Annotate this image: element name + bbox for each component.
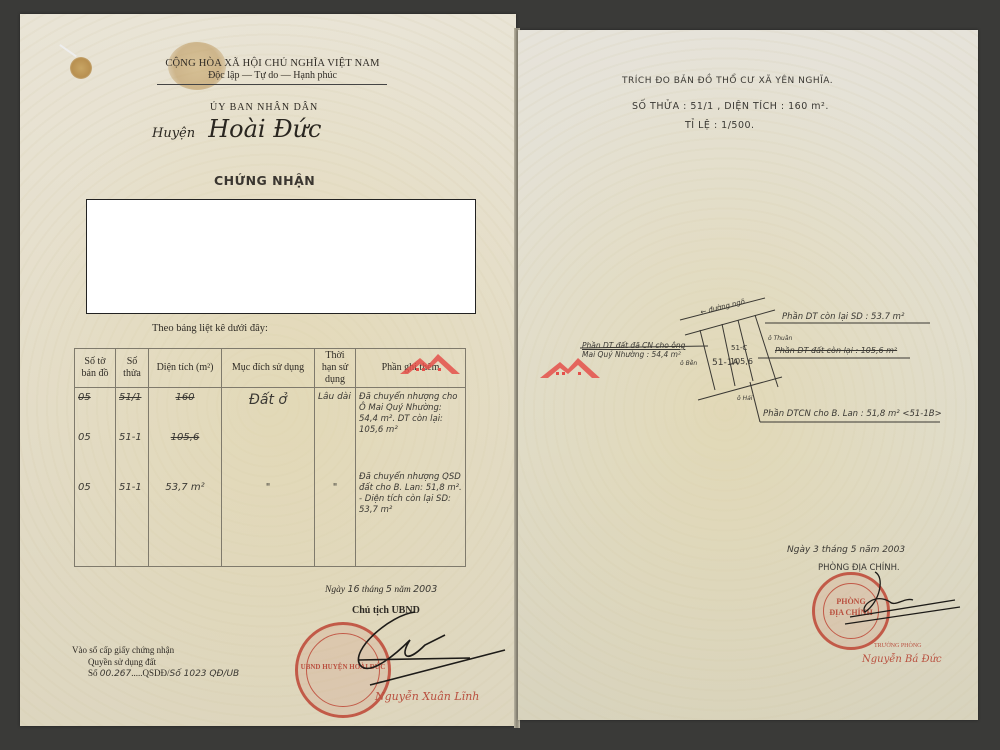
cell-term: Lâu dài (315, 388, 356, 429)
lan-portion-label: Phần DTCN cho B. Lan : 51,8 m² <51-1B> (763, 409, 942, 419)
cell-purpose: " (222, 468, 315, 518)
table-row: 05 51/1 160 Đất ở Lâu dài Đã chuyển nhượ… (75, 388, 466, 429)
signer-name-right: Nguyễn Bá Đức (862, 654, 942, 665)
old-remaining-area-label: Phần DT đất còn lại : 105,6 m² (775, 346, 897, 355)
national-motto-line2: Độc lập — Tự do — Hạnh phúc (155, 70, 390, 81)
parcel-c-area: 105,6 (730, 357, 753, 366)
house-logo-icon (540, 356, 600, 380)
survey-date: Ngày 3 tháng 5 năm 2003 (787, 545, 905, 555)
neighbor-right: ô Thuần (768, 335, 792, 342)
parcel-info: SỐ THỬA : 51/1 , DIỆN TÍCH : 160 m². (632, 101, 829, 112)
col-parcel: Số thửa (116, 349, 149, 388)
cell-map-sheet: 05 (75, 468, 116, 518)
cell-area: 53,7 m² (149, 468, 222, 518)
date-year: 2003 (413, 584, 437, 595)
redacted-owner-block (86, 199, 476, 314)
map-scale: TỈ LỆ : 1/500. (685, 120, 755, 131)
issuer-district: Huyện Hoài Đức (152, 115, 321, 143)
cell-parcel: 51-1 (116, 428, 149, 468)
col-term: Thời hạn sử dụng (315, 349, 356, 388)
table-row: 05 51-1 53,7 m² " " Đã chuyển nhượng QSD… (75, 468, 466, 518)
cell-area: 160 (149, 388, 222, 429)
national-header: CỘNG HÒA XÃ HỘI CHỦ NGHĨA VIỆT NAM Độc l… (155, 58, 390, 85)
date-month-label: tháng (362, 585, 384, 595)
issue-date: Ngày 16 tháng 5 năm 2003 (325, 584, 437, 595)
signature-right (835, 572, 965, 632)
col-map-sheet: Số tờ bản đồ (75, 349, 116, 388)
neighbor-left: ô Bền (680, 360, 697, 367)
registry-line2: Quyền sử dụng đất (72, 657, 239, 669)
date-year-label: năm (394, 585, 410, 595)
stain-spot (70, 57, 92, 79)
certificate-title: CHỨNG NHẬN (214, 173, 315, 188)
parcel-c-label: 51-C (731, 344, 747, 352)
cell-note: Đã chuyển nhượng QSD đất cho B. Lan: 51,… (356, 468, 466, 518)
national-motto-line1: CỘNG HÒA XÃ HỘI CHỦ NGHĨA VIỆT NAM (155, 58, 390, 69)
signer-name-left: Nguyễn Xuân Lĩnh (375, 690, 479, 703)
district-name: Hoài Đức (208, 115, 321, 143)
registry-block: Vào sổ cấp giấy chứng nhận Quyền sử dụng… (72, 645, 239, 681)
signature-left (330, 610, 510, 690)
cell-parcel: 51/1 (116, 388, 149, 429)
cell-term: " (315, 468, 356, 518)
extract-title: TRÍCH ĐO BẢN ĐỒ THỔ CƯ XÃ YÊN NGHĨA. (622, 76, 833, 86)
cell-note: Đã chuyển nhượng cho Ô Mai Quý Nhường: 5… (356, 388, 466, 469)
signer-title-right: TRƯỞNG PHÒNG (874, 643, 922, 649)
neighbor-bottom: ô Hải (737, 395, 752, 402)
col-purpose: Mục đích sử dụng (222, 349, 315, 388)
date-day: 16 (347, 584, 359, 595)
cell-term (315, 428, 356, 468)
registry-number: 00.267 (100, 669, 132, 679)
date-day-label: Ngày (325, 585, 345, 595)
header-rule (157, 84, 387, 85)
district-prefix: Huyện (152, 126, 195, 141)
cell-map-sheet: 05 (75, 428, 116, 468)
date-month: 5 (386, 584, 392, 595)
table-row-empty (75, 518, 466, 567)
remaining-area-label: Phần DT còn lại SD : 53.7 m² (782, 312, 904, 322)
issuer-committee: ỦY BAN NHÂN DÂN (210, 102, 318, 113)
registry-reference: Số 1023 QĐ/UB (170, 669, 240, 679)
cell-purpose: Đất ở (222, 388, 315, 429)
cell-purpose (222, 428, 315, 468)
land-records-table: Số tờ bản đồ Số thửa Diện tích (m²) Mục … (74, 348, 466, 567)
cell-area: 105,6 (149, 428, 222, 468)
cell-map-sheet: 05 (75, 388, 116, 429)
house-logo-icon (400, 352, 460, 376)
cell-parcel: 51-1 (116, 468, 149, 518)
registry-line1: Vào sổ cấp giấy chứng nhận (72, 645, 239, 657)
registry-line3: Số 00.267.....QSDĐ/Số 1023 QĐ/UB (72, 668, 239, 681)
table-intro: Theo bảng liệt kê dưới đây: (152, 323, 268, 334)
col-area: Diện tích (m²) (149, 349, 222, 388)
